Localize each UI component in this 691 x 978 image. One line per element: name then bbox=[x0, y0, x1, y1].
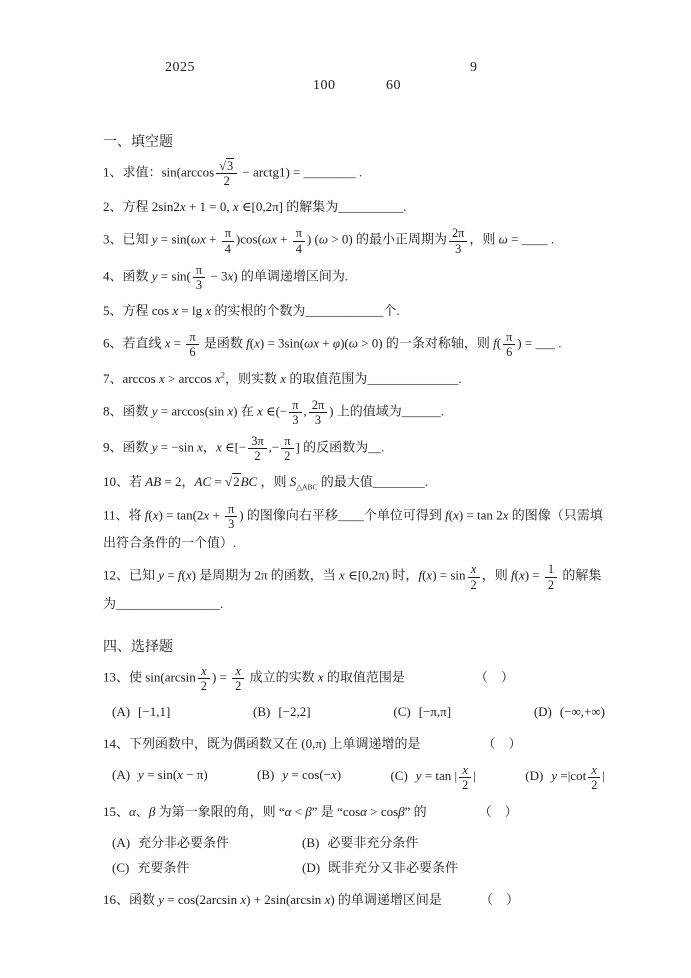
question: 3、已知 y = sin(ωx + π4)cos(ωx + π4) (ω > 0… bbox=[103, 226, 605, 255]
section-2: 四、选择题13、使 sin(arcsinx2) = x2 成立的实数 x 的取值… bbox=[103, 636, 605, 912]
choice-body: [−π,π] bbox=[419, 704, 451, 719]
choice-body: (−∞,+∞) bbox=[560, 704, 605, 719]
header-number: 9 bbox=[470, 60, 478, 76]
choice-label: (D) bbox=[525, 768, 543, 783]
choice-body: [−1,1] bbox=[138, 704, 170, 719]
choice-label: (B) bbox=[257, 767, 274, 782]
choice-label: (C) bbox=[393, 704, 410, 719]
question: 12、已知 y = f(x) 是周期为 2π 的函数，当 x ∈[0,2π) 时… bbox=[103, 562, 605, 615]
choice-a: (A)充分非必要条件 bbox=[112, 831, 302, 854]
choices: (A)[−1,1](B)[−2,2](C)[−π,π](D)(−∞,+∞) bbox=[112, 700, 605, 723]
choice-a: (A)y = sin(x − π) bbox=[112, 763, 208, 792]
choice-c: (C)充要条件 bbox=[112, 856, 302, 879]
choice-label: (B) bbox=[253, 704, 270, 719]
fraction: 12 bbox=[545, 562, 557, 591]
choice-d: (D)(−∞,+∞) bbox=[534, 700, 605, 723]
question: 7、arccos x > arccos x2，则实数 x 的取值范围为_____… bbox=[103, 367, 605, 391]
choice-label: (B) bbox=[302, 835, 319, 850]
choice-body: y = tan |x2| bbox=[416, 768, 476, 783]
choices: (A)充分非必要条件(B)必要非充分条件(C)充要条件(D)既非充分又非必要条件 bbox=[112, 831, 605, 880]
choice-a: (A)[−1,1] bbox=[112, 700, 170, 723]
header-number: 60 bbox=[386, 78, 401, 94]
fraction: √32 bbox=[216, 159, 237, 188]
choice-label: (D) bbox=[534, 704, 552, 719]
fraction: 3π2 bbox=[248, 434, 266, 463]
choice-c: (C)y = tan |x2| bbox=[390, 763, 475, 792]
choice-body: y = cos(−x) bbox=[282, 767, 341, 782]
choice-body: 充要条件 bbox=[137, 860, 189, 875]
section-1: 一、填空题1、求值：sin(arccos√32 − arctg1) = ____… bbox=[103, 131, 605, 616]
choice-label: (A) bbox=[112, 767, 130, 782]
choice-b: (B)[−2,2] bbox=[253, 700, 311, 723]
fraction: x2 bbox=[232, 664, 244, 693]
choice-body: y =|cotx2| bbox=[551, 768, 605, 783]
choice-label: (A) bbox=[112, 704, 130, 719]
question: 15、α、β 为第一象限的角，则 “α < β” 是 “cosα > cosβ”… bbox=[103, 800, 605, 824]
choice-body: 必要非充分条件 bbox=[327, 835, 418, 850]
question: 14、下列函数中，既为偶函数又在 (0,π) 上单调递增的是（ ） bbox=[103, 732, 605, 756]
choice-body: y = sin(x − π) bbox=[138, 767, 208, 782]
fraction: π2 bbox=[281, 434, 293, 463]
question: 9、函数 y = −sin x，x ∈[−3π2,−π2] 的反函数为__. bbox=[103, 434, 605, 463]
fraction: 2π3 bbox=[309, 398, 327, 427]
section-title: 四、选择题 bbox=[103, 636, 605, 656]
choice-label: (C) bbox=[112, 860, 129, 875]
choice-body: [−2,2] bbox=[278, 704, 310, 719]
fraction: x2 bbox=[459, 763, 471, 792]
exam-content: 一、填空题1、求值：sin(arccos√32 − arctg1) = ____… bbox=[103, 131, 605, 919]
choice-label: (A) bbox=[112, 835, 130, 850]
fraction: π6 bbox=[186, 330, 198, 359]
fraction: x2 bbox=[198, 664, 210, 693]
fraction: x2 bbox=[468, 562, 480, 591]
fraction: π6 bbox=[503, 330, 515, 359]
choice-d: (D)y =|cotx2| bbox=[525, 763, 605, 792]
fraction: π3 bbox=[193, 263, 205, 292]
question: 5、方程 cos x = lg x 的实根的个数为____________个. bbox=[103, 299, 605, 323]
choice-d: (D)既非充分又非必要条件 bbox=[302, 856, 605, 879]
document-page: 2025910060 一、填空题1、求值：sin(arccos√32 − arc… bbox=[0, 0, 691, 978]
question: 8、函数 y = arccos(sin x) 在 x ∈(−π3,2π3) 上的… bbox=[103, 398, 605, 427]
question: 6、若直线 x = π6 是函数 f(x) = 3sin(ωx + φ)(ω >… bbox=[103, 330, 605, 359]
fraction: π4 bbox=[293, 226, 305, 255]
fraction: 2π3 bbox=[449, 226, 467, 255]
fraction: π3 bbox=[289, 398, 301, 427]
header-number: 2025 bbox=[165, 60, 195, 76]
choices: (A)y = sin(x − π)(B)y = cos(−x)(C)y = ta… bbox=[112, 763, 605, 792]
choice-label: (D) bbox=[302, 860, 320, 875]
question: 11、将 f(x) = tan(2x + π3) 的图像向右平移____个单位可… bbox=[103, 502, 605, 555]
question: 16、函数 y = cos(2arcsin x) + 2sin(arcsin x… bbox=[103, 888, 605, 912]
fraction: π3 bbox=[225, 502, 237, 531]
radical: √2 bbox=[225, 470, 241, 494]
choice-body: 既非充分又非必要条件 bbox=[328, 860, 458, 875]
choice-b: (B)必要非充分条件 bbox=[302, 831, 605, 854]
question: 4、函数 y = sin(π3 − 3x) 的单调递增区间为. bbox=[103, 263, 605, 292]
section-title: 一、填空题 bbox=[103, 131, 605, 151]
fraction: π4 bbox=[222, 226, 234, 255]
question: 2、方程 2sin2x + 1 = 0, x ∈[0,2π] 的解集为_____… bbox=[103, 195, 605, 219]
question: 10、若 AB = 2，AC = √2BC ，则 S△ABC 的最大值_____… bbox=[103, 470, 605, 495]
choice-label: (C) bbox=[390, 768, 407, 783]
header-number: 100 bbox=[313, 78, 336, 94]
radical: √3 bbox=[219, 159, 234, 173]
question: 1、求值：sin(arccos√32 − arctg1) = ________ … bbox=[103, 159, 605, 188]
question: 13、使 sin(arcsinx2) = x2 成立的实数 x 的取值范围是（ … bbox=[103, 664, 605, 693]
choice-body: 充分非必要条件 bbox=[138, 835, 229, 850]
fraction: x2 bbox=[588, 763, 600, 792]
choice-c: (C)[−π,π] bbox=[393, 700, 451, 723]
choice-b: (B)y = cos(−x) bbox=[257, 763, 341, 792]
